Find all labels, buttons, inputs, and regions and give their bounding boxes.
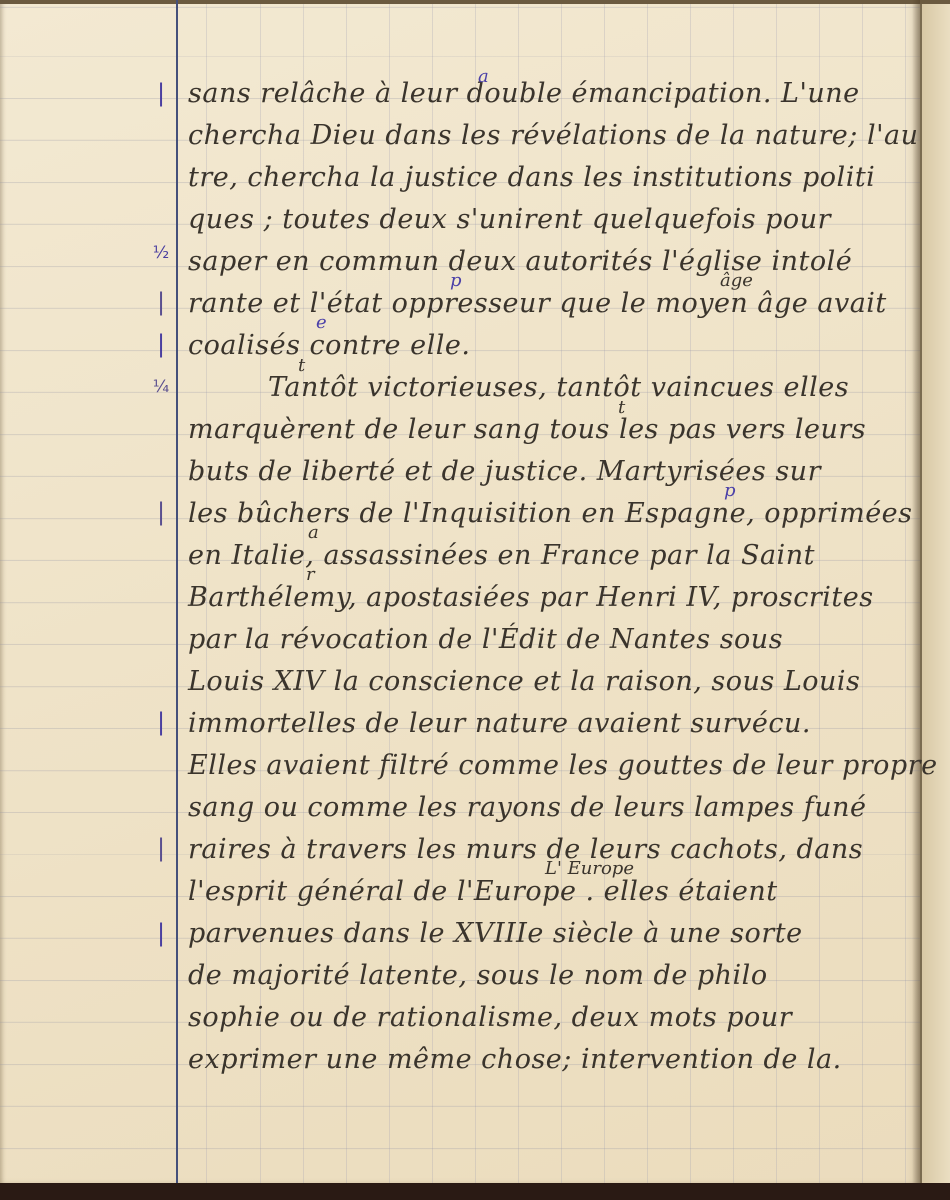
margin-mark: |: [150, 497, 172, 527]
correction-vers: t: [618, 397, 625, 418]
text-line-16: immortelles de leur nature avaient survé…: [188, 703, 908, 745]
margin-mark: |: [150, 329, 172, 359]
page-top-edge: [0, 0, 950, 4]
text-line-11: les bûchers de l'Inquisition en Espagne,…: [188, 493, 908, 535]
text-line-1: sans relâche à leur double émancipation.…: [188, 73, 908, 115]
text-line-14: par la révocation de l'Édit de Nantes so…: [188, 619, 908, 661]
correction-opprimees: p: [724, 480, 736, 501]
text-line-6: rante et l'état oppresseur que le moyen …: [188, 283, 908, 325]
page-fold-shadow: [912, 0, 920, 1183]
correction-emancipation: a: [478, 66, 489, 87]
margin-mark: |: [150, 707, 172, 737]
text-line-17: Elles avaient filtré comme les gouttes d…: [188, 745, 908, 787]
margin-mark: |: [150, 833, 172, 863]
text-line-18: sang ou comme les rayons de leurs lampes…: [188, 787, 908, 829]
text-line-23: sophie ou de rationalisme, deux mots pou…: [188, 997, 908, 1039]
text-line-15: Louis XIV la conscience et la raison, so…: [188, 661, 908, 703]
text-line-12: en Italie, assassinées en France par la …: [188, 535, 908, 577]
text-line-9: marquèrent de leur sang tous les pas ver…: [188, 409, 908, 451]
correction-europe: L' Europe: [545, 858, 634, 879]
margin-mark: |: [150, 78, 172, 108]
correction-assassinees: a: [308, 522, 319, 543]
margin-mark-half: ½: [150, 244, 172, 262]
text-line-4: ques ; toutes deux s'unirent quelquefois…: [188, 199, 908, 241]
correction-coalises: e: [316, 312, 327, 333]
text-line-5: saper en commun deux autorités l'église …: [188, 241, 908, 283]
text-line-22: de majorité latente, sous le nom de phil…: [188, 955, 908, 997]
text-line-3: tre, chercha la justice dans les institu…: [188, 157, 908, 199]
text-line-7: coalisés contre elle.: [188, 325, 908, 367]
correction-tantot: t: [298, 355, 305, 376]
text-line-21: parvenues dans le XVIIIe siècle à une so…: [188, 913, 908, 955]
text-line-24: exprimer une même chose; intervention de…: [188, 1039, 908, 1081]
margin-mark: |: [150, 287, 172, 317]
text-line-8: Tantôt victorieuses, tantôt vaincues ell…: [268, 367, 950, 409]
correction-apostasiees: r: [306, 564, 315, 585]
margin-mark-quarter: ¼: [150, 378, 172, 396]
text-line-13: Barthélemy, apostasiées par Henri IV, pr…: [188, 577, 908, 619]
text-line-10: buts de liberté et de justice. Martyrisé…: [188, 451, 908, 493]
adjacent-page-edge: [920, 0, 950, 1183]
margin-mark: |: [150, 918, 172, 948]
correction-moyen-age: âge: [720, 270, 753, 291]
text-line-2: chercha Dieu dans les révélations de la …: [188, 115, 908, 157]
margin-rule: [176, 0, 178, 1183]
correction-oppresseur: p: [450, 270, 462, 291]
